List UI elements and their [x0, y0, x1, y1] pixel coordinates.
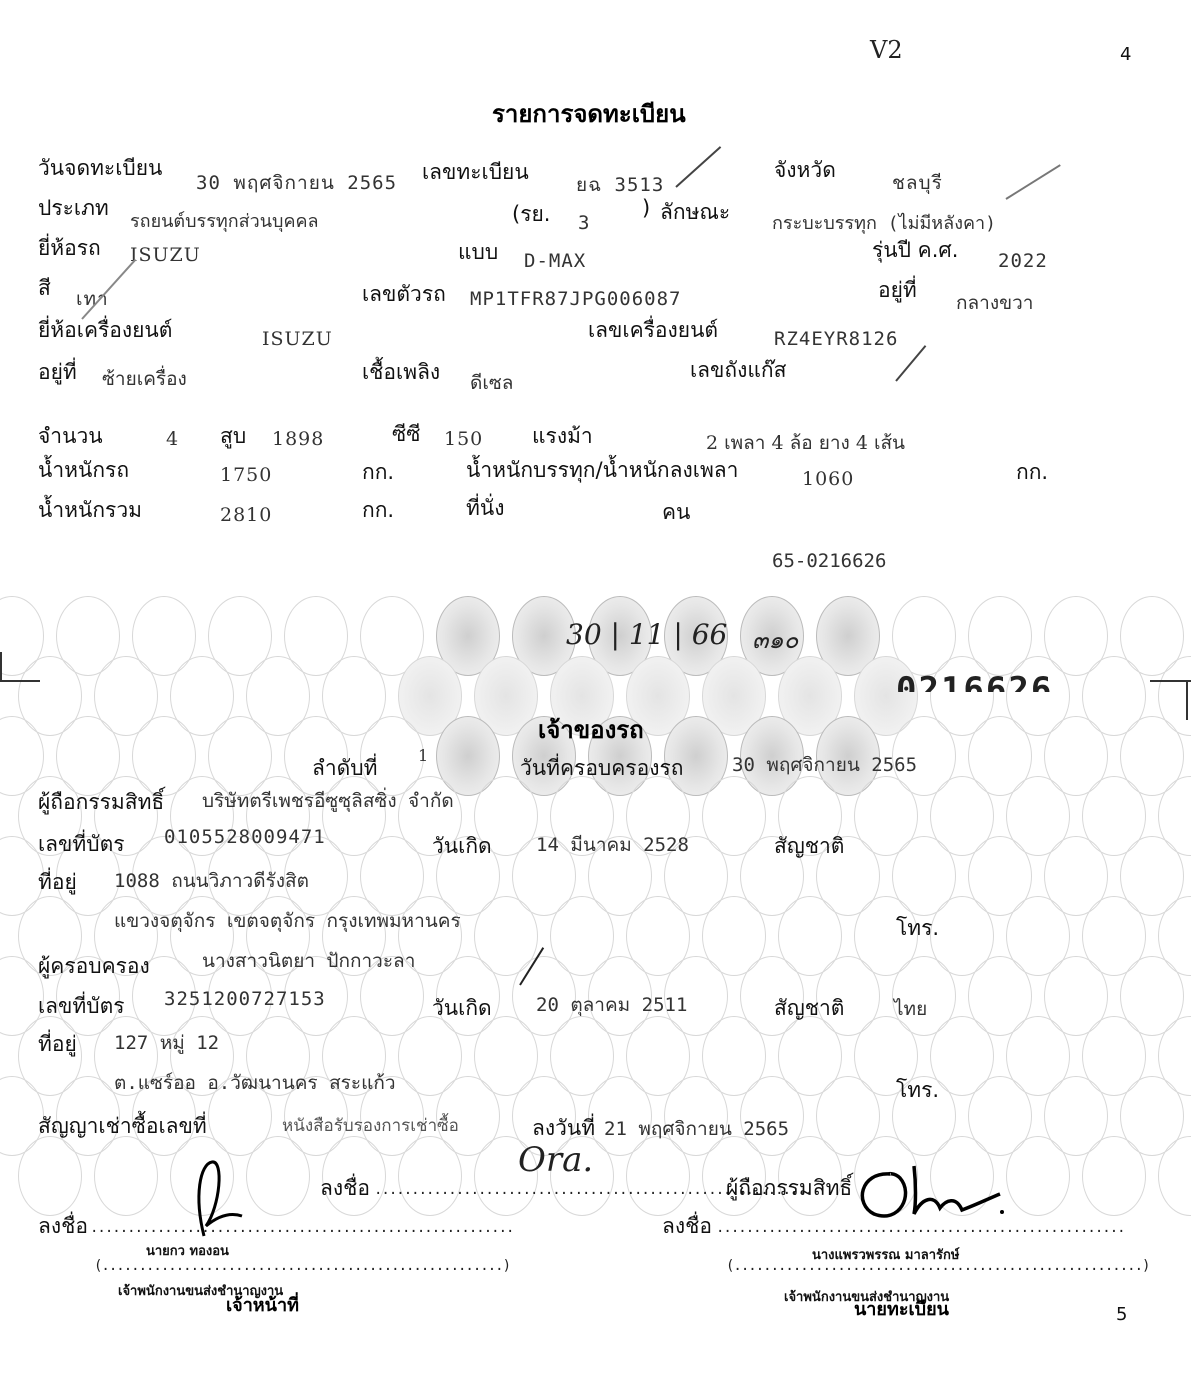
watermark-coin	[436, 596, 500, 676]
watermark-coin	[284, 596, 348, 676]
brand-label: ยี่ห้อรถ	[38, 232, 101, 265]
watermark-coin	[1006, 896, 1070, 976]
watermark-coin	[1082, 896, 1146, 976]
watermark-coin	[968, 716, 1032, 796]
plate-label: เลขทะเบียน	[422, 156, 529, 189]
possession-date-value: 30 พฤศจิกายน 2565	[732, 750, 917, 780]
watermark-coin	[18, 656, 82, 736]
watermark-coin	[398, 1016, 462, 1096]
check-mark	[519, 947, 544, 985]
watermark-coin	[778, 1016, 842, 1096]
page-number-bottom: 5	[1116, 1304, 1127, 1325]
holder-sign-label: ลงชื่อ	[320, 1172, 370, 1205]
possessor-nationality-label: สัญชาติ	[774, 992, 844, 1025]
watermark-coin	[18, 1136, 82, 1216]
contract-value: หนังสือรับรองการเช่าซื้อ	[282, 1112, 459, 1139]
cylinders-value: 4	[166, 428, 179, 450]
officer-name-line: (.......................................…	[94, 1258, 510, 1274]
handwritten-mark: V2	[870, 36, 903, 64]
contract-label: สัญญาเช่าซื้อเลขที่	[38, 1110, 207, 1143]
watermark-coin	[1120, 596, 1184, 676]
watermark-coin	[968, 956, 1032, 1036]
watermark-coin	[246, 656, 310, 736]
watermark-coin	[626, 1016, 690, 1096]
watermark-coin	[968, 596, 1032, 676]
watermark-coin	[930, 896, 994, 976]
chassis-value: MP1TFR87JPG006087	[470, 288, 681, 310]
watermark-coin	[1006, 1016, 1070, 1096]
gas-tank-label: เลขถังแก๊ส	[690, 354, 786, 387]
holder-address-label: ที่อยู่	[38, 866, 77, 899]
sequence-value: 1	[418, 746, 429, 765]
watermark-coin	[702, 776, 766, 856]
crop-mark	[0, 680, 40, 682]
registrar-sign-line: ........................................…	[716, 1220, 1125, 1236]
load-label: น้ำหนักบรรทุก/น้ำหนักลงเพลา	[466, 454, 738, 487]
holder-nationality-label: สัญชาติ	[774, 830, 844, 863]
possession-date-label: วันที่ครอบครองรถ	[520, 752, 683, 785]
serial-number: 0216626	[896, 668, 1053, 692]
watermark-coin	[474, 1016, 538, 1096]
holder-signature: Ora.	[518, 1140, 593, 1180]
engine-no-value: RZ4EYR8126	[774, 328, 898, 350]
watermark-coin	[1120, 716, 1184, 796]
holder-sign-suffix: ผู้ถือกรรมสิทธิ์	[726, 1172, 852, 1205]
ry-close: )	[642, 196, 650, 220]
holder-id-value: 0105528009471	[164, 826, 326, 848]
watermark-coin	[246, 1136, 310, 1216]
check-mark	[675, 146, 721, 188]
cc-label: ซีซี	[392, 418, 421, 451]
watermark-coin	[398, 1136, 462, 1216]
possessor-name: นางสาวนิตยา ปักกาวะลา	[202, 946, 415, 976]
watermark-coin	[132, 596, 196, 676]
watermark-coin	[360, 836, 424, 916]
watermark-coin	[550, 1016, 614, 1096]
officer-sign-line: ........................................…	[90, 1220, 513, 1236]
holder-birth-value: 14 มีนาคม 2528	[536, 830, 689, 860]
watermark-coin	[778, 896, 842, 976]
possessor-id-label: เลขที่บัตร	[38, 990, 125, 1023]
style-label: ลักษณะ	[660, 196, 730, 229]
crop-mark	[1186, 680, 1188, 720]
possessor-birth-value: 20 ตุลาคม 2511	[536, 990, 687, 1020]
watermark-coin	[0, 596, 44, 676]
color-value: เทา	[76, 284, 109, 314]
check-mark	[895, 345, 926, 382]
type-label: ประเภท	[38, 192, 109, 225]
possessor-label: ผู้ครอบครอง	[38, 950, 150, 983]
registration-title: รายการจดทะเบียน	[492, 94, 686, 133]
ry-value: 3	[578, 212, 590, 234]
watermark-coin	[1044, 836, 1108, 916]
watermark-coin	[1006, 776, 1070, 856]
possessor-address-line2: ต.แซร์ออ อ.วัฒนานคร สระแก้ว	[114, 1068, 396, 1098]
document-number: 65-0216626	[772, 550, 886, 572]
model-year-label: รุ่นปี ค.ศ.	[872, 234, 958, 267]
watermark-coin	[1082, 1136, 1146, 1216]
possessor-id-value: 3251200727153	[164, 988, 326, 1010]
officer-role: เจ้าหน้าที่	[226, 1290, 299, 1319]
crop-mark	[1150, 680, 1191, 682]
watermark-coin	[1082, 1016, 1146, 1096]
watermark-coin	[208, 596, 272, 676]
watermark-coin	[968, 836, 1032, 916]
engine-brand-value: ISUZU	[262, 328, 333, 350]
possessor-address-label: ที่อยู่	[38, 1028, 77, 1061]
model-year-value: 2022	[998, 250, 1048, 272]
watermark-coin	[626, 896, 690, 976]
color-label: สี	[38, 272, 51, 305]
watermark-coin	[208, 716, 272, 796]
watermark-coin	[1044, 956, 1108, 1036]
engine-location-label: อยู่ที่	[38, 356, 77, 389]
engine-brand-label: ยี่ห้อเครื่องยนต์	[38, 314, 172, 347]
watermark-coin	[474, 896, 538, 976]
watermark-coin	[132, 716, 196, 796]
watermark-coin	[702, 656, 766, 736]
watermark-coin	[1158, 1016, 1191, 1096]
brand-value: ISUZU	[130, 244, 201, 266]
registrar-sign-label: ลงชื่อ	[662, 1210, 712, 1243]
watermark-coin	[1158, 776, 1191, 856]
watermark-coin	[1044, 716, 1108, 796]
watermark-coin	[892, 596, 956, 676]
watermark-coin	[360, 596, 424, 676]
holder-name: บริษัทตรีเพชรอีซูซุลิสซิ่ง จำกัด	[202, 786, 454, 816]
gross-unit: กก.	[362, 494, 394, 527]
plate-value: ยฉ 3513	[576, 170, 664, 200]
engine-location-value: ซ้ายเครื่อง	[102, 364, 187, 394]
reg-date-value: 30 พฤศจิกายน 2565	[196, 168, 397, 198]
reg-date-label: วันจดทะเบียน	[38, 152, 162, 185]
cylinders-unit: สูบ	[220, 420, 246, 453]
registrar-name-line: (.......................................…	[726, 1258, 1149, 1274]
watermark-coin	[626, 1136, 690, 1216]
handwritten-code: ๓๑๐	[752, 620, 798, 659]
province-value: ชลบุรี	[892, 168, 943, 198]
watermark-coin	[56, 716, 120, 796]
holder-phone-label: โทร.	[896, 912, 939, 945]
gross-label: น้ำหนักรวม	[38, 494, 142, 527]
hp-value: 150	[444, 428, 483, 450]
watermark-coin	[1120, 1076, 1184, 1156]
watermark-coin	[702, 896, 766, 976]
watermark-coin	[550, 896, 614, 976]
engine-no-label: เลขเครื่องยนต์	[588, 314, 718, 347]
model-label: แบบ	[458, 236, 498, 269]
watermark-coin	[1120, 956, 1184, 1036]
owner-title: เจ้าของรถ	[538, 710, 644, 749]
chassis-location-value: กลางขวา	[956, 288, 1033, 318]
watermark-coin	[94, 1136, 158, 1216]
seats-unit: คน	[662, 496, 690, 529]
cc-value: 1898	[272, 428, 324, 450]
fuel-label: เชื้อเพลิง	[362, 356, 440, 389]
watermark-coin	[398, 656, 462, 736]
possessor-address-line1: 127 หมู่ 12	[114, 1028, 219, 1058]
watermark-coin	[930, 1016, 994, 1096]
watermark-coin	[56, 596, 120, 676]
load-unit: กก.	[1016, 456, 1048, 489]
page-number-top: 4	[1120, 44, 1131, 65]
registrar-role: นายทะเบียน	[854, 1294, 949, 1323]
officer-sign-label: ลงชื่อ	[38, 1210, 88, 1243]
load-value: 1060	[802, 468, 854, 490]
weight-value: 1750	[220, 464, 272, 486]
holder-label: ผู้ถือกรรมสิทธิ์	[38, 786, 164, 819]
chassis-label: เลขตัวรถ	[362, 278, 446, 311]
contract-date-value: 21 พฤศจิกายน 2565	[604, 1114, 789, 1144]
possessor-phone-label: โทร.	[896, 1074, 939, 1107]
watermark-coin	[1044, 596, 1108, 676]
seats-label: ที่นั่ง	[466, 492, 504, 525]
province-label: จังหวัด	[774, 154, 836, 187]
handwritten-date: 30 | 11 | 66	[566, 618, 727, 651]
watermark-coin	[94, 656, 158, 736]
watermark-coin	[1082, 776, 1146, 856]
hp-label: แรงม้า	[532, 420, 593, 453]
type-value: รถยนต์บรรทุกส่วนบุคคล	[130, 206, 319, 235]
gross-value: 2810	[220, 504, 272, 526]
watermark-coin	[322, 656, 386, 736]
watermark-coin	[968, 1076, 1032, 1156]
watermark-coin	[702, 1016, 766, 1096]
style-value: กระบะบรรทุก (ไม่มีหลังคา)	[772, 208, 996, 237]
check-mark	[1005, 164, 1060, 200]
watermark-coin	[1044, 1076, 1108, 1156]
cylinders-label: จำนวน	[38, 420, 103, 453]
watermark-coin	[854, 776, 918, 856]
possessor-nationality-value: ไทย	[894, 994, 927, 1024]
watermark-coin	[170, 656, 234, 736]
watermark-coin	[436, 716, 500, 796]
watermark-coin	[816, 596, 880, 676]
watermark-coin	[1158, 1136, 1191, 1216]
watermark-coin	[1120, 836, 1184, 916]
model-value: D-MAX	[524, 250, 586, 272]
holder-id-label: เลขที่บัตร	[38, 828, 125, 861]
chassis-location-label: อยู่ที่	[878, 274, 917, 307]
holder-birth-label: วันเกิด	[432, 830, 492, 863]
holder-address-line1: 1088 ถนนวิภาวดีรังสิต	[114, 866, 309, 896]
watermark-coin	[816, 1076, 880, 1156]
weight-label: น้ำหนักรถ	[38, 454, 129, 487]
watermark-coin	[1082, 656, 1146, 736]
watermark-coin	[892, 836, 956, 916]
fuel-value: ดีเซล	[470, 368, 513, 398]
weight-unit: กก.	[362, 456, 394, 489]
crop-mark	[0, 652, 2, 680]
ry-label: (รย.	[512, 198, 550, 231]
possessor-birth-label: วันเกิด	[432, 992, 492, 1025]
watermark-coin	[930, 776, 994, 856]
watermark-coin	[1158, 896, 1191, 976]
watermark-coin	[0, 716, 44, 796]
watermark-coin	[474, 656, 538, 736]
sequence-label: ลำดับที่	[312, 752, 377, 785]
watermark-coin	[778, 656, 842, 736]
holder-address-line2: แขวงจตุจักร เขตจตุจักร กรุงเทพมหานคร	[114, 906, 461, 936]
